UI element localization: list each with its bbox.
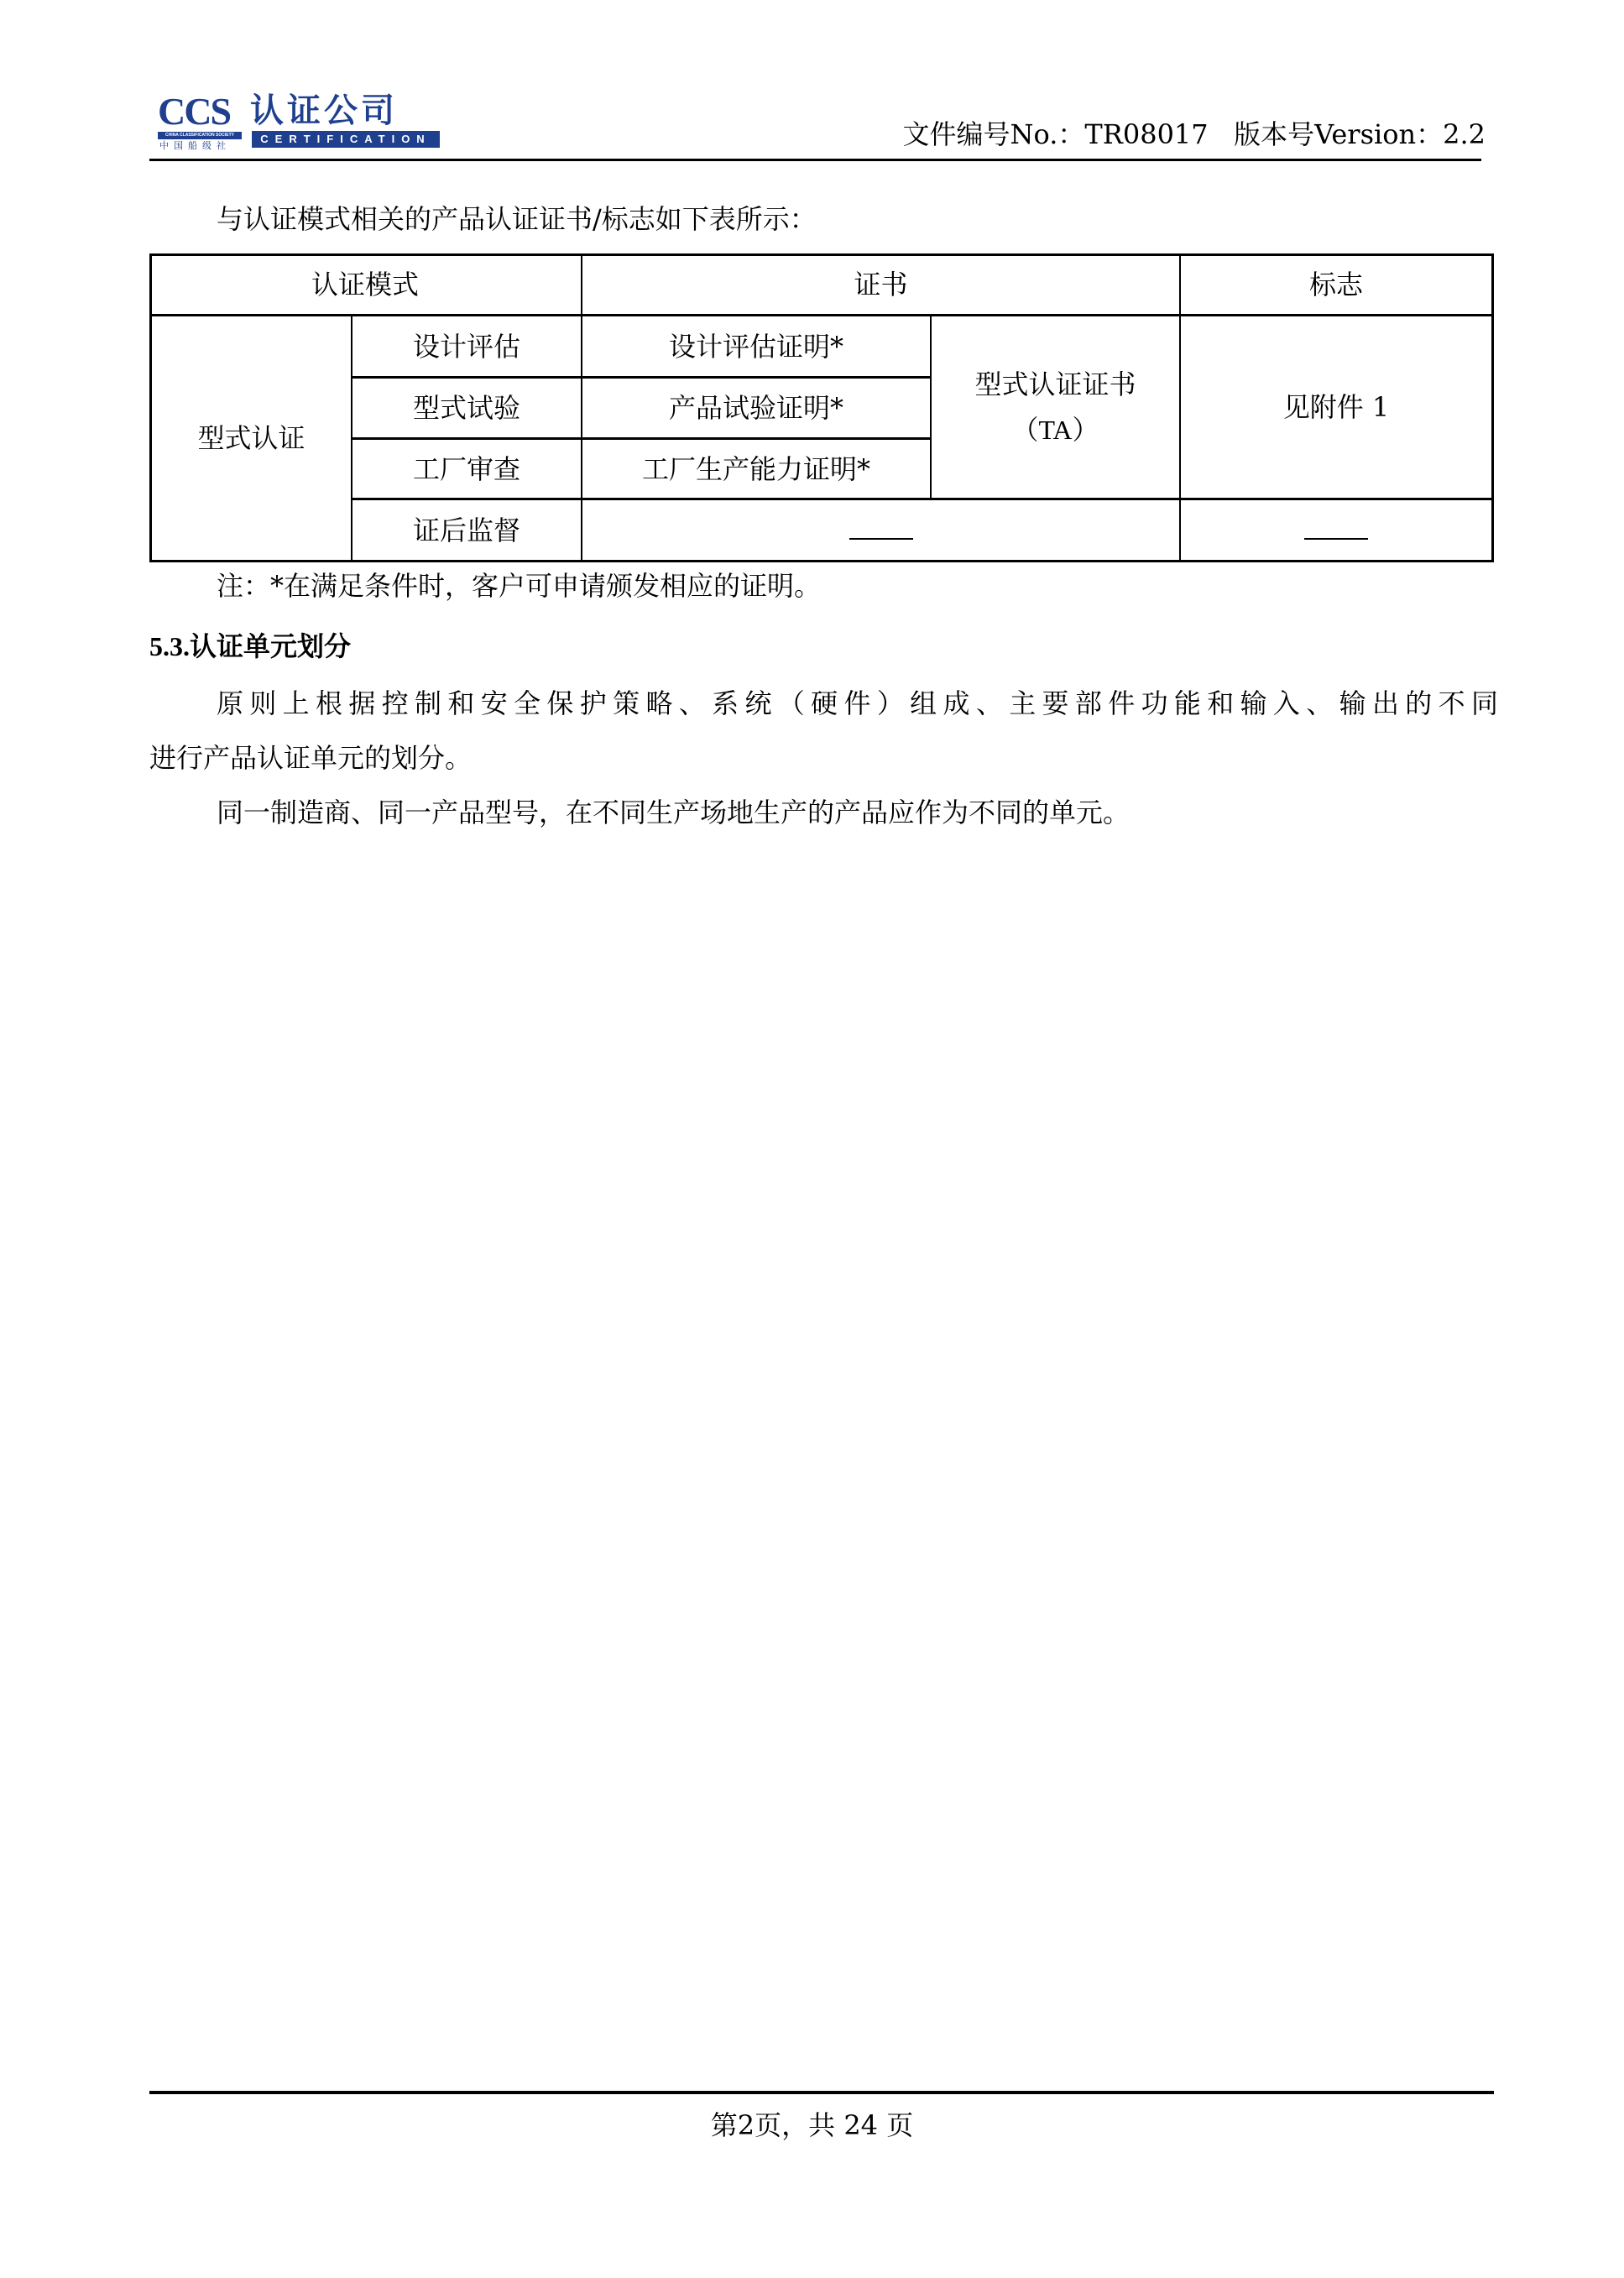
cell-surveillance-mark xyxy=(1181,500,1491,560)
paragraph-1-line-2: 进行产品认证单元的划分。 xyxy=(149,741,472,775)
logo-company-en: CERTIFICATION xyxy=(252,131,440,148)
company-logo: CCS CHINA CLASSIFICATION SOCIETY 中国船级社 认… xyxy=(158,92,443,151)
header-certificate: 证书 xyxy=(582,253,1179,316)
paragraph-2: 同一制造商、同一产品型号，在不同生产场地生产的产品应作为不同的单元。 xyxy=(217,796,1130,829)
certification-table: 认证模式 证书 标志 型式认证 设计评估 型式试验 工厂审查 证后监督 设计评估… xyxy=(149,253,1494,562)
header-rule xyxy=(149,159,1481,161)
cell-type-certificate: 型式认证证书 （TA） xyxy=(932,316,1179,498)
type-cert-title: 型式认证证书 xyxy=(974,368,1136,401)
cell-mark-value: 见附件 1 xyxy=(1181,316,1491,498)
dash-placeholder xyxy=(849,538,913,540)
table-border-right xyxy=(1491,253,1494,562)
logo-society-en: CHINA CLASSIFICATION SOCIETY xyxy=(158,132,242,139)
section-number: 5.3. xyxy=(149,631,190,661)
cell-proof: 产品试验证明* xyxy=(582,379,930,437)
cell-proof: 工厂生产能力证明* xyxy=(582,440,930,499)
cell-proof: 设计评估证明* xyxy=(582,316,930,377)
intro-text: 与认证模式相关的产品认证证书/标志如下表所示： xyxy=(217,202,817,236)
cell-type-certification: 型式认证 xyxy=(152,316,351,560)
logo-company-cn: 认证公司 xyxy=(250,92,398,129)
section-heading: 5.3.认证单元划分 xyxy=(149,630,351,663)
cell-surveillance-certificate xyxy=(582,500,1179,560)
header-mark: 标志 xyxy=(1181,253,1491,316)
document-id: 文件编号No.：TR08017 版本号Version：2.2 xyxy=(903,118,1486,151)
type-cert-code: （TA） xyxy=(1011,413,1099,447)
footer-rule xyxy=(149,2091,1494,2094)
cell-stage: 型式试验 xyxy=(352,379,581,437)
header-cert-mode: 认证模式 xyxy=(149,253,581,316)
section-title: 认证单元划分 xyxy=(190,631,351,661)
cell-stage: 设计评估 xyxy=(352,316,581,377)
cell-stage: 证后监督 xyxy=(352,500,581,560)
paragraph-1-line-1: 原则上根据控制和安全保护策略、系统（硬件）组成、主要部件功能和输入、输出的不同 xyxy=(217,687,1498,720)
logo-society-cn: 中国船级社 xyxy=(159,141,231,151)
table-note: 注：*在满足条件时，客户可申请颁发相应的证明。 xyxy=(217,569,821,603)
dash-placeholder xyxy=(1304,538,1368,540)
page-number: 第2页，共 24 页 xyxy=(0,2108,1624,2142)
logo-mark: CCS xyxy=(158,92,230,131)
cell-stage: 工厂审查 xyxy=(352,440,581,499)
